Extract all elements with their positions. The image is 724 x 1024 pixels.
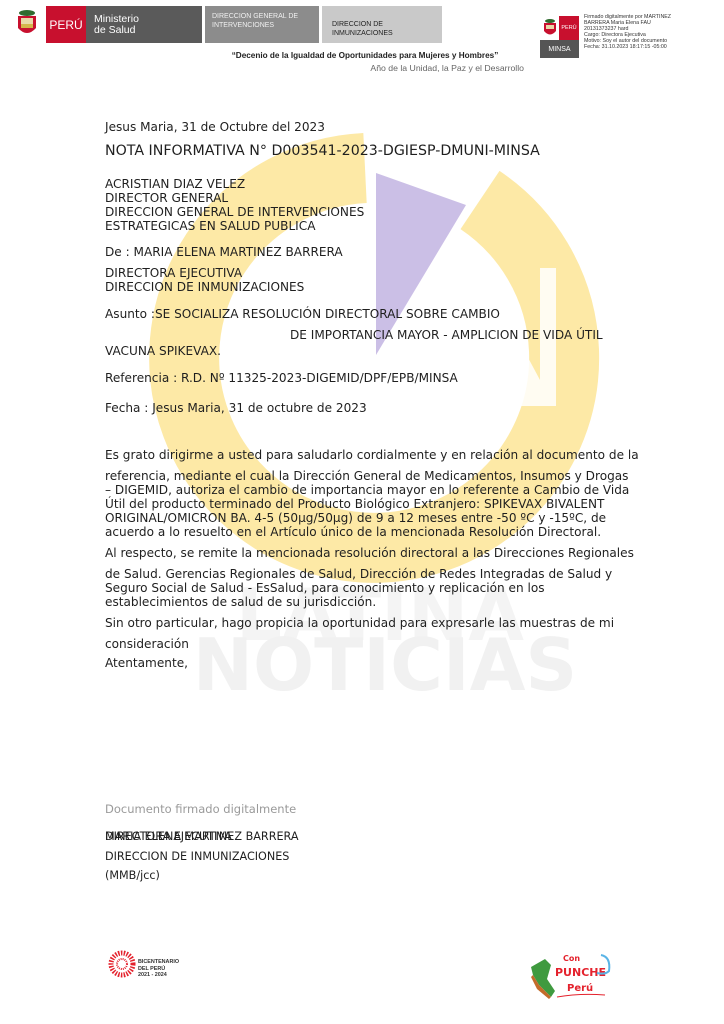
reference: Referencia : R.D. Nº 11325-2023-DIGEMID/… bbox=[105, 371, 458, 385]
document-title: NOTA INFORMATIVA N° D003541-2023-DGIESP-… bbox=[105, 144, 540, 158]
stamp-minsa-label: MINSA bbox=[540, 40, 579, 58]
stamp-coat-of-arms-icon bbox=[542, 18, 558, 38]
subject-line-2: DE IMPORTANCIA MAYOR - AMPLICION DE VIDA… bbox=[290, 328, 603, 342]
signer-overlap: MARIA ELENA MARTINEZ BARRERA DIRECTORA E… bbox=[105, 830, 365, 844]
ministry-label: Ministerio de Salud bbox=[86, 6, 202, 43]
bicentenario-logo-icon bbox=[108, 950, 136, 978]
body-line: Útil del producto terminado del Producto… bbox=[105, 497, 604, 511]
recipient-name: ACRISTIAN DIAZ VELEZ bbox=[105, 177, 245, 191]
dg-intervenciones-label: DIRECCION GENERAL DE INTERVENCIONES bbox=[205, 6, 319, 43]
sender-office: DIRECCION DE INMUNIZACIONES bbox=[105, 280, 304, 294]
year-motto: Año de la Unidad, la Paz y el Desarrollo bbox=[200, 63, 524, 73]
dir-inmunizaciones-label: DIRECCION DE INMUNIZACIONES bbox=[322, 6, 442, 43]
signed-digitally-note: Documento firmado digitalmente bbox=[105, 802, 296, 816]
stamp-peru-label: PERÚ bbox=[559, 16, 579, 40]
initials: (MMB/jcc) bbox=[105, 869, 160, 883]
signer-role: DIRECTORA EJECUTIVA bbox=[105, 830, 232, 844]
recipient-office-2: ESTRATEGICAS EN SALUD PUBLICA bbox=[105, 219, 315, 233]
decenio-motto: “Decenio de la Igualdad de Oportunidades… bbox=[200, 51, 530, 60]
body-line: acuerdo a lo resuelto en el Artículo úni… bbox=[105, 525, 601, 539]
coat-of-arms-icon bbox=[14, 8, 40, 38]
svg-text:Perú: Perú bbox=[567, 982, 593, 994]
recipient-office-1: DIRECCION GENERAL DE INTERVENCIONES bbox=[105, 205, 364, 219]
body-line: consideración bbox=[105, 637, 189, 651]
subject-line-3: VACUNA SPIKEVAX. bbox=[105, 344, 221, 358]
body-line: Es grato dirigirme a usted para saludarl… bbox=[105, 448, 639, 462]
body-line: Sin otro particular, hago propicia la op… bbox=[105, 616, 614, 630]
watermark-noticias: NOTICIAS bbox=[193, 623, 578, 707]
digital-signature-text: Firmado digitalmente por MARTINEZ BARRER… bbox=[584, 14, 724, 51]
body-line: de Salud. Gerencias Regionales de Salud,… bbox=[105, 567, 612, 581]
body-line: Al respecto, se remite la mencionada res… bbox=[105, 546, 634, 560]
signer-office: DIRECCION DE INMUNIZACIONES bbox=[105, 850, 289, 864]
date-line: Fecha : Jesus Maria, 31 de octubre de 20… bbox=[105, 401, 367, 415]
con-punche-peru-logo: Con PUNCHE Perú bbox=[525, 945, 615, 1005]
place-date: Jesus Maria, 31 de Octubre del 2023 bbox=[105, 120, 325, 134]
closing: Atentamente, bbox=[105, 656, 188, 670]
svg-text:Con: Con bbox=[563, 954, 580, 963]
peru-label: PERÚ bbox=[46, 6, 86, 43]
sender-line: De : MARIA ELENA MARTINEZ BARRERA bbox=[105, 245, 343, 259]
body-line: – DIGEMID, autoriza el cambio de importa… bbox=[105, 483, 629, 497]
bicentenario-text: BICENTENARIO DEL PERÚ 2021 - 2024 bbox=[138, 959, 179, 979]
body-line: establecimientos de salud de su jurisdic… bbox=[105, 595, 376, 609]
subject-line-1: Asunto :SE SOCIALIZA RESOLUCIÓN DIRECTOR… bbox=[105, 307, 500, 321]
body-line: Seguro Social de Salud - EsSalud, para c… bbox=[105, 581, 545, 595]
body-line: referencia, mediante el cual la Direcció… bbox=[105, 469, 629, 483]
sender-role: DIRECTORA EJECUTIVA bbox=[105, 266, 242, 280]
body-line: ORIGINAL/OMICRON BA. 4-5 (50µg/50µg) de … bbox=[105, 511, 606, 525]
recipient-role: DIRECTOR GENERAL bbox=[105, 191, 228, 205]
